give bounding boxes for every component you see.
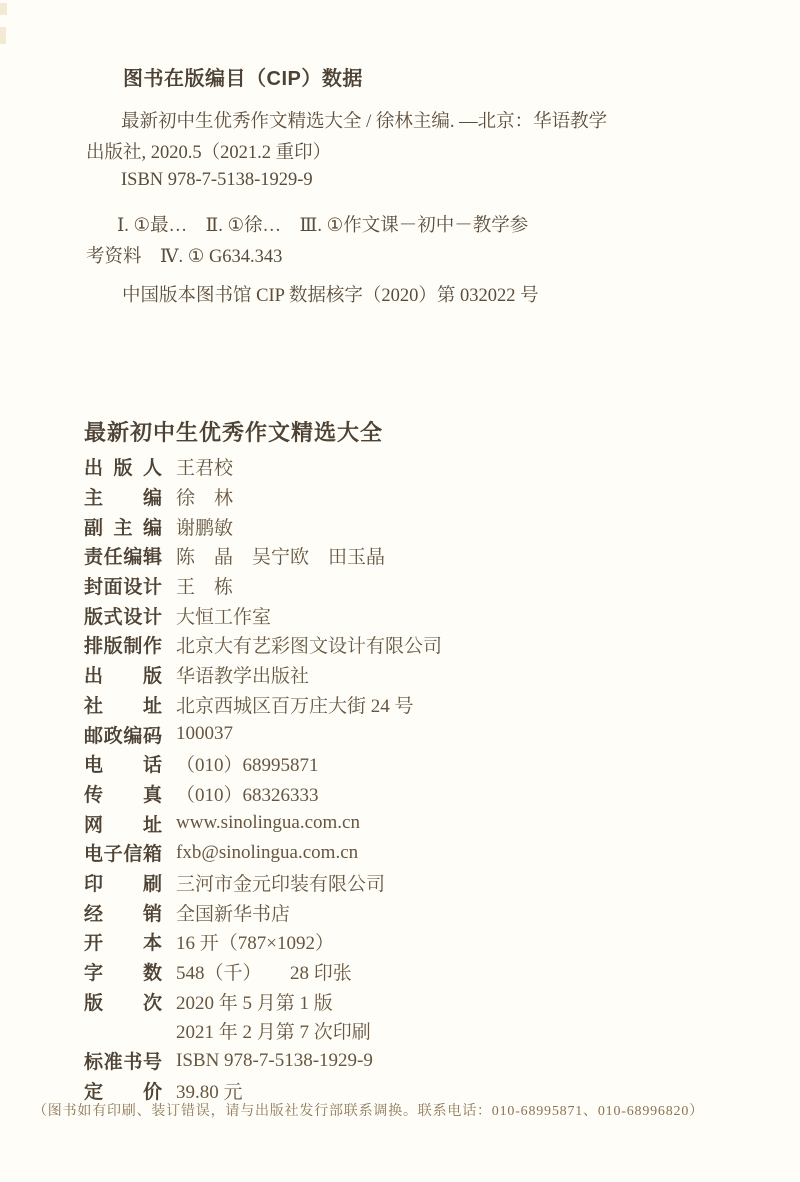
row-value: 2020 年 5 月第 1 版 <box>176 988 333 1015</box>
info-row-edition: 版次 2020 年 5 月第 1 版 <box>84 986 442 1016</box>
row-value: 100037 <box>176 723 233 745</box>
cip-description-line-1: 最新初中生优秀作文精选大全 / 徐林主编. —北京：华语教学 <box>121 107 607 133</box>
cip-classification-line-2: 考资料 Ⅳ. ① G634.343 <box>86 242 282 268</box>
row-value: 北京西城区百万庄大街 24 号 <box>176 691 414 718</box>
page-edge-mark <box>0 27 6 44</box>
info-row-chief-editor: 主编 徐 林 <box>84 482 442 512</box>
row-label: 版式设计 <box>84 602 162 629</box>
info-row-printing: 2021 年 2 月第 7 次印刷 <box>84 1016 442 1046</box>
row-value: 王君校 <box>176 453 233 480</box>
row-label: 印刷 <box>84 869 162 896</box>
row-label: 责任编辑 <box>84 542 162 569</box>
info-row-postal-code: 邮政编码 100037 <box>84 719 442 749</box>
row-label: 版次 <box>84 988 162 1015</box>
row-value: 三河市金元印装有限公司 <box>176 869 385 896</box>
info-row-telephone: 电话 （010）68995871 <box>84 749 442 779</box>
row-label: 网址 <box>84 810 162 837</box>
info-row-printer: 印刷 三河市金元印装有限公司 <box>84 868 442 898</box>
info-row-typesetting: 排版制作 北京大有艺彩图文设计有限公司 <box>84 630 442 660</box>
info-row-distributor: 经销 全国新华书店 <box>84 897 442 927</box>
row-label: 封面设计 <box>84 572 162 599</box>
row-value: 北京大有艺彩图文设计有限公司 <box>176 631 442 658</box>
row-label: 电子信箱 <box>84 839 162 866</box>
info-row-format: 开本 16 开（787×1092） <box>84 927 442 957</box>
row-label: 社址 <box>84 691 162 718</box>
row-value: （010）68995871 <box>176 750 319 777</box>
cip-classification-line-1: Ⅰ. ①最… Ⅱ. ①徐… Ⅲ. ①作文课－初中－教学参 <box>117 211 528 237</box>
row-value: 谢鹏敏 <box>176 513 233 540</box>
row-value: 大恒工作室 <box>176 602 271 629</box>
row-value: www.sinolingua.com.cn <box>176 812 360 834</box>
row-value: 陈 晶 吴宁欧 田玉晶 <box>176 542 385 569</box>
row-label: 出版人 <box>84 453 162 480</box>
row-value: 徐 林 <box>176 483 233 510</box>
info-row-website: 网址 www.sinolingua.com.cn <box>84 808 442 838</box>
cip-heading: 图书在版编目（CIP）数据 <box>123 62 363 91</box>
info-row-fax: 传真 （010）68326333 <box>84 779 442 809</box>
row-label: 传真 <box>84 780 162 807</box>
row-value: （010）68326333 <box>176 780 319 807</box>
page-edge-mark <box>0 3 7 15</box>
row-value: ISBN 978-7-5138-1929-9 <box>176 1050 373 1072</box>
info-row-standard-book-number: 标准书号 ISBN 978-7-5138-1929-9 <box>84 1046 442 1076</box>
info-row-email: 电子信箱 fxb@sinolingua.com.cn <box>84 838 442 868</box>
row-label: 主编 <box>84 483 162 510</box>
row-value: 16 开（787×1092） <box>176 928 334 955</box>
cip-record-number-line: 中国版本图书馆 CIP 数据核字（2020）第 032022 号 <box>122 281 539 307</box>
row-value: fxb@sinolingua.com.cn <box>176 842 358 864</box>
book-title: 最新初中生优秀作文精选大全 <box>84 416 383 447</box>
publication-info-list: 出版人 王君校 主编 徐 林 副主编 谢鹏敏 责任编辑 陈 晶 吴宁欧 田玉晶 … <box>84 452 442 1105</box>
info-row-publisher-person: 出版人 王君校 <box>84 452 442 482</box>
row-value: 华语教学出版社 <box>176 661 309 688</box>
row-label: 邮政编码 <box>84 721 162 748</box>
row-value: 548（千） 28 印张 <box>176 958 352 985</box>
info-row-cover-design: 封面设计 王 栋 <box>84 571 442 601</box>
info-row-publisher: 出版 华语教学出版社 <box>84 660 442 690</box>
row-label: 出版 <box>84 661 162 688</box>
row-label: 经销 <box>84 899 162 926</box>
row-label: 字数 <box>84 958 162 985</box>
errata-contact-notice: （图书如有印刷、装订错误，请与出版社发行部联系调换。联系电话：010-68995… <box>33 1100 704 1120</box>
info-row-address: 社址 北京西城区百万庄大街 24 号 <box>84 690 442 720</box>
info-row-word-count: 字数 548（千） 28 印张 <box>84 957 442 987</box>
row-label: 开本 <box>84 928 162 955</box>
row-label: 电话 <box>84 750 162 777</box>
info-row-layout-design: 版式设计 大恒工作室 <box>84 600 442 630</box>
cip-description-line-2: 出版社, 2020.5（2021.2 重印） <box>86 138 331 164</box>
row-label: 标准书号 <box>84 1047 162 1074</box>
row-label: 副主编 <box>84 513 162 540</box>
row-label: 排版制作 <box>84 631 162 658</box>
row-value: 2021 年 2 月第 7 次印刷 <box>176 1017 371 1044</box>
info-row-responsible-editors: 责任编辑 陈 晶 吴宁欧 田玉晶 <box>84 541 442 571</box>
row-value: 王 栋 <box>176 572 233 599</box>
info-row-deputy-editor: 副主编 谢鹏敏 <box>84 511 442 541</box>
row-value: 全国新华书店 <box>176 899 290 926</box>
cip-isbn-line: ISBN 978-7-5138-1929-9 <box>121 170 313 191</box>
